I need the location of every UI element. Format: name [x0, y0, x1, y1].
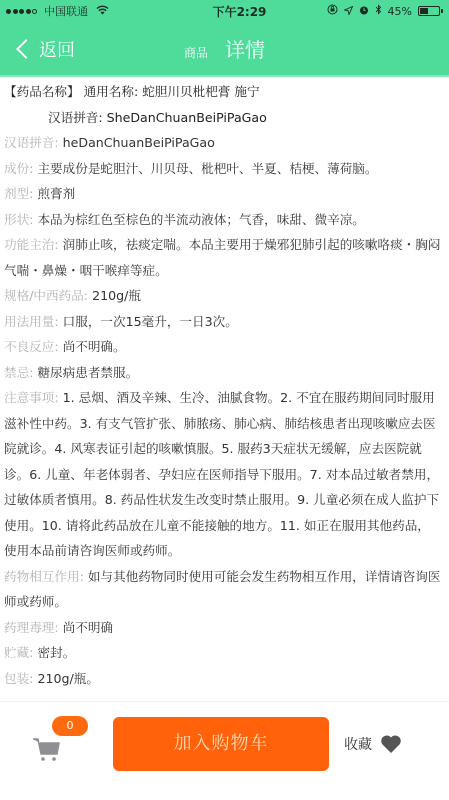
drug-name-row: 【药品名称】 通用名称: 蛇胆川贝枇杷膏 施宁: [4, 79, 441, 105]
detail-row-specification: 规格/中西药品: 210g/瓶: [4, 283, 441, 309]
detail-value: heDanChuanBeiPiPaGao: [63, 135, 215, 150]
navigation-bar: 返回 商品 详情: [0, 22, 449, 77]
bluetooth-icon: [375, 4, 382, 18]
detail-value: 煎膏剂: [37, 186, 75, 201]
location-icon: [344, 5, 353, 18]
detail-value: 1. 忌烟、酒及辛辣、生冷、油腻食物。2. 不宜在服药期间同时服用滋补性中药。3…: [4, 390, 439, 558]
chevron-left-icon: [16, 39, 36, 59]
detail-row-adverse-reactions: 不良反应: 尚不明确。: [4, 334, 441, 360]
signal-strength-icon: [6, 9, 37, 14]
detail-value: 210g/瓶。: [37, 671, 98, 686]
detail-label: 包装:: [4, 671, 33, 686]
cart-icon: [32, 734, 62, 764]
status-left: 中国联通: [6, 3, 156, 19]
cart-button[interactable]: 0: [28, 716, 88, 761]
drug-name-label: 【药品名称】: [4, 84, 80, 99]
detail-row-storage: 贮藏: 密封。: [4, 640, 441, 666]
detail-value: 密封。: [37, 645, 75, 660]
back-button[interactable]: 返回: [0, 36, 75, 62]
detail-value: 尚不明确。: [63, 339, 126, 354]
heart-icon: [380, 734, 402, 754]
detail-row-dosage-form: 剂型: 煎膏剂: [4, 181, 441, 207]
detail-row-packaging: 包装: 210g/瓶。: [4, 666, 441, 692]
status-bar: 中国联通 下午2:29 45%: [0, 0, 449, 22]
detail-label: 不良反应:: [4, 339, 59, 354]
battery-percent: 45%: [388, 5, 412, 18]
pinyin-label: 汉语拼音:: [48, 110, 103, 125]
detail-label: 注意事项:: [4, 390, 59, 405]
status-right: 45%: [293, 4, 443, 18]
generic-name-value: 蛇胆川贝枇杷膏 施宁: [142, 84, 259, 99]
detail-value: 尚不明确: [63, 620, 113, 635]
detail-label: 功能主治:: [4, 237, 59, 252]
detail-row-pinyin: 汉语拼音: heDanChuanBeiPiPaGao: [4, 130, 441, 156]
detail-value: 主要成份是蛇胆汁、川贝母、枇杷叶、半夏、桔梗、薄荷脑。: [37, 161, 377, 176]
cart-count-badge: 0: [52, 716, 88, 736]
status-time: 下午2:29: [186, 3, 293, 20]
detail-row-indications: 功能主治: 润肺止咳，祛痰定喘。本品主要用于燥邪犯肺引起的咳嗽咯痰・胸闷气喘・鼻…: [4, 232, 441, 283]
detail-row-interactions: 药物相互作用: 如与其他药物同时使用可能会发生药物相互作用，详情请咨询医师或药师…: [4, 564, 441, 615]
detail-label: 剂型:: [4, 186, 33, 201]
detail-value: 润肺止咳，祛痰定喘。本品主要用于燥邪犯肺引起的咳嗽咯痰・胸闷气喘・鼻燥・咽干喉痒…: [4, 237, 440, 278]
detail-row-ingredients: 成份: 主要成份是蛇胆汁、川贝母、枇杷叶、半夏、桔梗、薄荷脑。: [4, 156, 441, 182]
detail-value: 210g/瓶: [92, 288, 141, 303]
detail-label: 贮藏:: [4, 645, 33, 660]
drug-details[interactable]: 【药品名称】 通用名称: 蛇胆川贝枇杷膏 施宁 汉语拼音: SheDanChua…: [0, 79, 449, 701]
pinyin-value: SheDanChuanBeiPiPaGao: [107, 110, 267, 125]
battery-icon: [418, 6, 443, 16]
carrier-name: 中国联通: [44, 3, 88, 19]
detail-value: 糖尿病患者禁服。: [37, 365, 138, 380]
detail-label: 药物相互作用:: [4, 569, 84, 584]
detail-label: 规格/中西药品:: [4, 288, 88, 303]
lock-rotation-icon: [327, 4, 338, 18]
detail-row-appearance: 形状: 本品为棕红色至棕色的半流动液体；气香，味甜、微辛凉。: [4, 207, 441, 233]
wifi-icon: [96, 5, 109, 18]
favorite-label: 收藏: [344, 734, 372, 754]
detail-row-usage: 用法用量: 口服，一次15毫升，一日3次。: [4, 309, 441, 335]
detail-label: 药理毒理:: [4, 620, 59, 635]
detail-label: 形状:: [4, 212, 33, 227]
detail-label: 成份:: [4, 161, 33, 176]
detail-label: 禁忌:: [4, 365, 33, 380]
detail-label: 用法用量:: [4, 314, 59, 329]
generic-name-label: 通用名称:: [84, 84, 139, 99]
detail-row-precautions: 注意事项: 1. 忌烟、酒及辛辣、生冷、油腻食物。2. 不宜在服药期间同时服用滋…: [4, 385, 441, 564]
add-to-cart-button[interactable]: 加入购物车: [113, 717, 329, 771]
favorite-button[interactable]: 收藏: [344, 730, 402, 758]
detail-row-pharmacology: 药理毒理: 尚不明确: [4, 615, 441, 641]
back-label: 返回: [39, 36, 75, 62]
alarm-icon: [359, 5, 369, 18]
page-title-text: 详情: [225, 38, 265, 62]
detail-label: 汉语拼音:: [4, 135, 59, 150]
bottom-action-bar: 0 加入购物车 收藏: [0, 701, 449, 800]
page-subtitle: 商品: [184, 46, 208, 60]
detail-row-contraindications: 禁忌: 糖尿病患者禁服。: [4, 360, 441, 386]
detail-value: 本品为棕红色至棕色的半流动液体；气香，味甜、微辛凉。: [37, 212, 364, 227]
detail-value: 口服，一次15毫升，一日3次。: [63, 314, 238, 329]
pinyin-row: 汉语拼音: SheDanChuanBeiPiPaGao: [4, 105, 441, 131]
